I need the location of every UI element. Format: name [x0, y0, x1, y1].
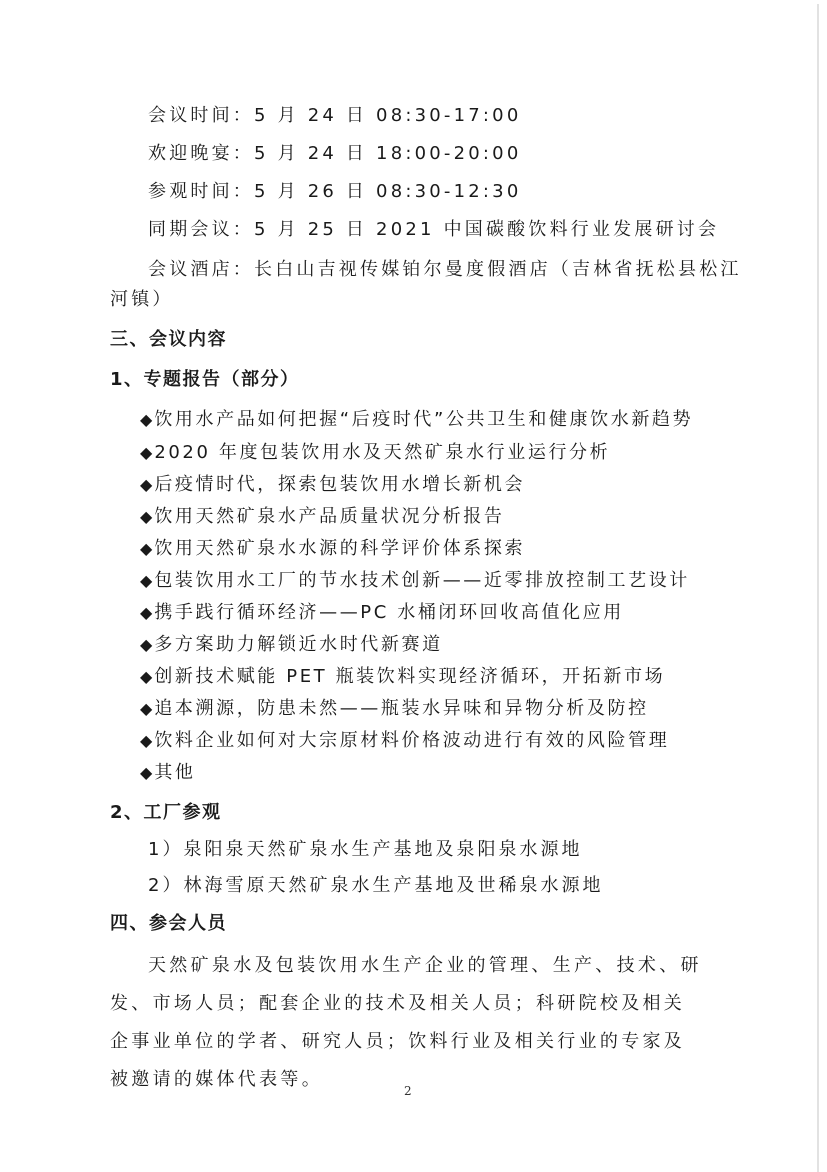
- diamond-bullet-icon: ◆: [140, 699, 152, 718]
- factory-visit-item: 2）林海雪原天然矿泉水生产基地及世稀泉水源地: [148, 874, 603, 898]
- section-heading-content: 三、会议内容: [110, 328, 227, 352]
- schedule-value: 5 月 25 日 2021 中国碳酸饮料行业发展研讨会: [254, 219, 719, 240]
- report-item-text: 后疫情时代，探索包装饮用水增长新机会: [154, 474, 525, 495]
- report-item: ◆多方案助力解锁近水时代新赛道: [140, 633, 443, 657]
- schedule-value: 5 月 26 日 08:30-12:30: [254, 181, 521, 202]
- subsection-heading-reports: 1、专题报告（部分）: [110, 368, 300, 392]
- report-item-text: 创新技术赋能 PET 瓶装饮料实现经济循环，开拓新市场: [154, 666, 665, 687]
- diamond-bullet-icon: ◆: [140, 539, 152, 558]
- report-item: ◆饮料企业如何对大宗原材料价格波动进行有效的风险管理: [140, 729, 669, 753]
- diamond-bullet-icon: ◆: [140, 603, 152, 622]
- report-item: ◆饮用天然矿泉水水源的科学评价体系探索: [140, 537, 525, 561]
- diamond-bullet-icon: ◆: [140, 667, 152, 686]
- diamond-bullet-icon: ◆: [140, 731, 152, 750]
- schedule-value: 5 月 24 日 18:00-20:00: [254, 143, 521, 164]
- report-item: ◆追本溯源，防患未然——瓶装水异味和异物分析及防控: [140, 697, 649, 721]
- report-item: ◆饮用天然矿泉水产品质量状况分析报告: [140, 505, 505, 529]
- report-item: ◆携手践行循环经济——PC 水桶闭环回收高值化应用: [140, 601, 624, 625]
- diamond-bullet-icon: ◆: [140, 410, 152, 429]
- schedule-label: 会议时间：: [148, 105, 254, 126]
- factory-visit-item: 1）泉阳泉天然矿泉水生产基地及泉阳泉水源地: [148, 838, 582, 862]
- page-number: 2: [404, 1084, 412, 1098]
- schedule-label: 同期会议：: [148, 219, 254, 240]
- report-item-text: 包装饮用水工厂的节水技术创新——近零排放控制工艺设计: [154, 570, 690, 591]
- diamond-bullet-icon: ◆: [140, 763, 152, 782]
- report-item-text: 其他: [154, 762, 195, 783]
- schedule-hotel: 会议酒店：长白山吉视传媒铂尔曼度假酒店（吉林省抚松县松江: [148, 258, 742, 282]
- schedule-meeting-time: 会议时间：5 月 24 日 08:30-17:00: [148, 104, 521, 128]
- report-item-text: 饮料企业如何对大宗原材料价格波动进行有效的风险管理: [154, 730, 669, 751]
- diamond-bullet-icon: ◆: [140, 635, 152, 654]
- report-item-text: 携手践行循环经济——PC 水桶闭环回收高值化应用: [154, 602, 624, 623]
- report-item: ◆饮用水产品如何把握“后疫时代”公共卫生和健康饮水新趋势: [140, 408, 693, 432]
- schedule-visit-time: 参观时间：5 月 26 日 08:30-12:30: [148, 180, 521, 204]
- report-item-text: 2020 年度包装饮用水及天然矿泉水行业运行分析: [154, 442, 610, 463]
- report-item: ◆创新技术赋能 PET 瓶装饮料实现经济循环，开拓新市场: [140, 665, 665, 689]
- scan-edge-line: [817, 4, 819, 1172]
- report-item: ◆包装饮用水工厂的节水技术创新——近零排放控制工艺设计: [140, 569, 690, 593]
- report-item-text: 饮用天然矿泉水水源的科学评价体系探索: [154, 538, 525, 559]
- section-heading-attendees: 四、参会人员: [110, 912, 227, 936]
- schedule-label: 会议酒店：: [148, 259, 254, 280]
- report-item-text: 饮用天然矿泉水产品质量状况分析报告: [154, 506, 504, 527]
- report-item-text: 饮用水产品如何把握“后疫时代”公共卫生和健康饮水新趋势: [154, 409, 693, 430]
- schedule-hotel-continuation: 河镇）: [110, 288, 174, 312]
- diamond-bullet-icon: ◆: [140, 475, 152, 494]
- schedule-label: 欢迎晚宴：: [148, 143, 254, 164]
- diamond-bullet-icon: ◆: [140, 571, 152, 590]
- schedule-value: 5 月 24 日 08:30-17:00: [254, 105, 521, 126]
- document-page: 会议时间：5 月 24 日 08:30-17:00 欢迎晚宴：5 月 24 日 …: [0, 0, 827, 1172]
- schedule-label: 参观时间：: [148, 181, 254, 202]
- schedule-value: 长白山吉视传媒铂尔曼度假酒店（吉林省抚松县松江: [254, 259, 742, 280]
- report-item: ◆2020 年度包装饮用水及天然矿泉水行业运行分析: [140, 441, 610, 465]
- schedule-concurrent-meeting: 同期会议：5 月 25 日 2021 中国碳酸饮料行业发展研讨会: [148, 218, 719, 242]
- schedule-welcome-dinner: 欢迎晚宴：5 月 24 日 18:00-20:00: [148, 142, 521, 166]
- diamond-bullet-icon: ◆: [140, 443, 152, 462]
- diamond-bullet-icon: ◆: [140, 507, 152, 526]
- subsection-heading-factory-visit: 2、工厂参观: [110, 801, 222, 825]
- report-item: ◆后疫情时代，探索包装饮用水增长新机会: [140, 473, 525, 497]
- attendees-paragraph: 天然矿泉水及包装饮用水生产企业的管理、生产、技术、研发、市场人员；配套企业的技术…: [110, 947, 706, 1099]
- report-item: ◆其他: [140, 761, 196, 785]
- report-item-text: 追本溯源，防患未然——瓶装水异味和异物分析及防控: [154, 698, 648, 719]
- report-item-text: 多方案助力解锁近水时代新赛道: [154, 634, 442, 655]
